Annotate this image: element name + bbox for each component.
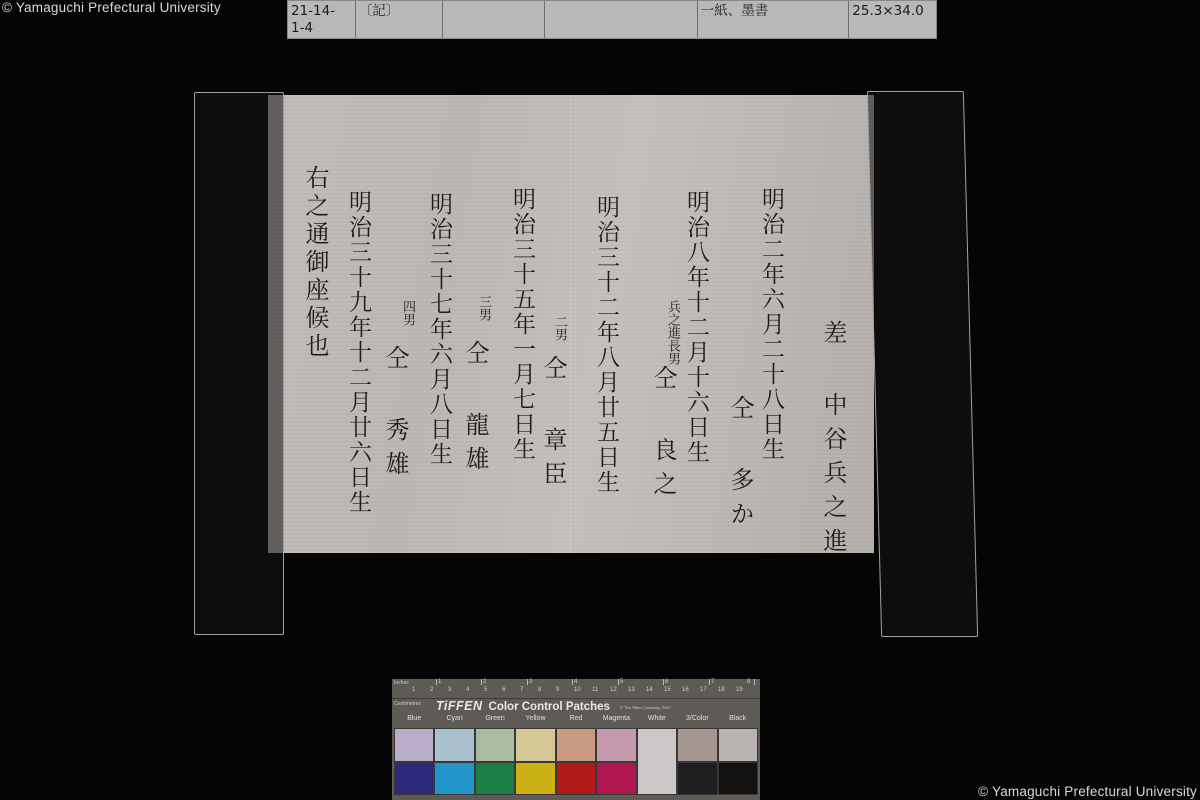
color-patch-magenta-light <box>596 728 636 762</box>
doc-column-name: 仝 龍雄 <box>458 340 493 480</box>
color-patches-grid <box>394 728 758 795</box>
copyright-watermark-top: © Yamaguchi Prefectural University <box>2 0 221 15</box>
tiffen-logo: TiFFEN <box>436 699 483 713</box>
catalog-size-cell: 25.3×34.0 <box>849 1 936 38</box>
doc-column-name: 仝 章臣 <box>536 355 571 495</box>
chart-brand: TiFFENColor Control Patches <box>436 699 610 713</box>
patch-label: White <box>637 715 677 722</box>
color-patch-white <box>637 728 677 795</box>
inch-tick: 2 <box>483 679 486 685</box>
color-patch-black-light <box>718 728 758 762</box>
cm-tick: 8 <box>538 687 541 693</box>
cm-tick: 6 <box>502 687 505 693</box>
catalog-title-cell: 〔記〕 <box>356 1 443 38</box>
chart-credit: © The Tiffen Company, 2007 <box>620 705 671 710</box>
doc-column-date: 明治三十二年八月廿五日生 <box>590 195 623 495</box>
patch-label: Green <box>475 715 515 722</box>
chart-title: Color Control Patches <box>489 701 610 713</box>
inch-tick: 7 <box>711 679 714 685</box>
patch-label: 3/Color <box>677 715 717 722</box>
patch-label: Cyan <box>434 715 474 722</box>
ruler: Inches Centimetres 1 2 3 4 5 6 7 8 1 2 3… <box>392 679 760 699</box>
color-patch-red-light <box>556 728 596 762</box>
doc-column-relation: 二男 <box>550 315 569 341</box>
doc-column-relation: 兵之進長男 <box>663 300 682 365</box>
catalog-id-cell: 21-14- 1-4 <box>288 1 356 38</box>
doc-column-name: 仝 良之 <box>646 365 681 505</box>
color-patch-yellow-dark <box>515 762 555 796</box>
color-patch-yellow-light <box>515 728 555 762</box>
cm-tick: 1 <box>412 687 415 693</box>
color-patch-3-color-dark <box>677 762 717 796</box>
cm-tick: 7 <box>520 687 523 693</box>
color-patch-green-dark <box>475 762 515 796</box>
doc-column-name: 仝 多か <box>723 395 758 535</box>
catalog-author-cell <box>545 1 698 38</box>
cm-tick: 15 <box>664 687 671 693</box>
handwritten-document: 差 中谷兵之進 明治二年六月二十八日生 仝 多か 明治八年十二月十六日生 兵之進… <box>268 95 874 553</box>
doc-column-relation: 四男 <box>398 300 417 326</box>
doc-column-date: 明治三十九年十二月廿六日生 <box>342 190 375 515</box>
color-patch-cyan-light <box>434 728 474 762</box>
patch-label: Magenta <box>596 715 636 722</box>
inch-tick: 4 <box>574 679 577 685</box>
plexiglass-strip-right <box>867 91 978 637</box>
doc-column-closing: 右之通御座候也 <box>298 165 333 361</box>
patch-label: Yellow <box>515 715 555 722</box>
color-patch-blue-light <box>394 728 434 762</box>
color-patch-black-dark <box>718 762 758 796</box>
cm-tick: 5 <box>484 687 487 693</box>
cm-tick: 13 <box>628 687 635 693</box>
color-reference-chart: Inches Centimetres 1 2 3 4 5 6 7 8 1 2 3… <box>392 679 760 800</box>
catalog-record-strip: 21-14- 1-4 〔記〕 一紙、墨書 25.3×34.0 <box>287 0 937 39</box>
cm-tick: 17 <box>700 687 707 693</box>
cm-tick: 4 <box>466 687 469 693</box>
cm-tick: 2 <box>430 687 433 693</box>
plexiglass-strip-left <box>194 92 284 635</box>
cm-tick: 14 <box>646 687 653 693</box>
patch-label: Black <box>718 715 758 722</box>
cm-tick: 10 <box>574 687 581 693</box>
ruler-cm-label: Centimetres <box>394 701 421 707</box>
catalog-format-cell: 一紙、墨書 <box>698 1 850 38</box>
color-patch-magenta-dark <box>596 762 636 796</box>
inch-tick: 1 <box>438 679 441 685</box>
doc-column-date: 明治二年六月二十八日生 <box>755 187 788 462</box>
copyright-watermark-bottom: © Yamaguchi Prefectural University <box>978 784 1197 799</box>
patch-label: Blue <box>394 715 434 722</box>
patch-labels: Blue Cyan Green Yellow Red Magenta White… <box>394 715 758 722</box>
cm-tick: 3 <box>448 687 451 693</box>
doc-column-relation: 三男 <box>474 295 493 321</box>
doc-column-date: 明治三十七年六月八日生 <box>423 192 456 467</box>
cm-tick: 18 <box>718 687 725 693</box>
cm-tick: 11 <box>592 687 598 693</box>
inch-tick: 8 <box>747 679 750 685</box>
catalog-date-cell <box>443 1 546 38</box>
doc-column-head: 差 中谷兵之進 <box>816 320 851 562</box>
inch-tick: 3 <box>529 679 532 685</box>
color-patch-cyan-dark <box>434 762 474 796</box>
color-patch-red-dark <box>556 762 596 796</box>
ruler-inches-label: Inches <box>394 680 409 686</box>
inch-tick: 5 <box>620 679 623 685</box>
doc-column-date: 明治三十五年一月七日生 <box>506 187 539 462</box>
cm-tick: 19 <box>736 687 743 693</box>
color-patch-3-color-light <box>677 728 717 762</box>
inch-tick: 6 <box>665 679 668 685</box>
patch-label: Red <box>556 715 596 722</box>
cm-tick: 9 <box>556 687 559 693</box>
cm-tick: 12 <box>610 687 617 693</box>
doc-column-name: 仝 秀雄 <box>378 345 413 485</box>
color-patch-green-light <box>475 728 515 762</box>
color-patch-blue-dark <box>394 762 434 796</box>
cm-tick: 16 <box>682 687 689 693</box>
doc-column-date: 明治八年十二月十六日生 <box>680 190 713 465</box>
